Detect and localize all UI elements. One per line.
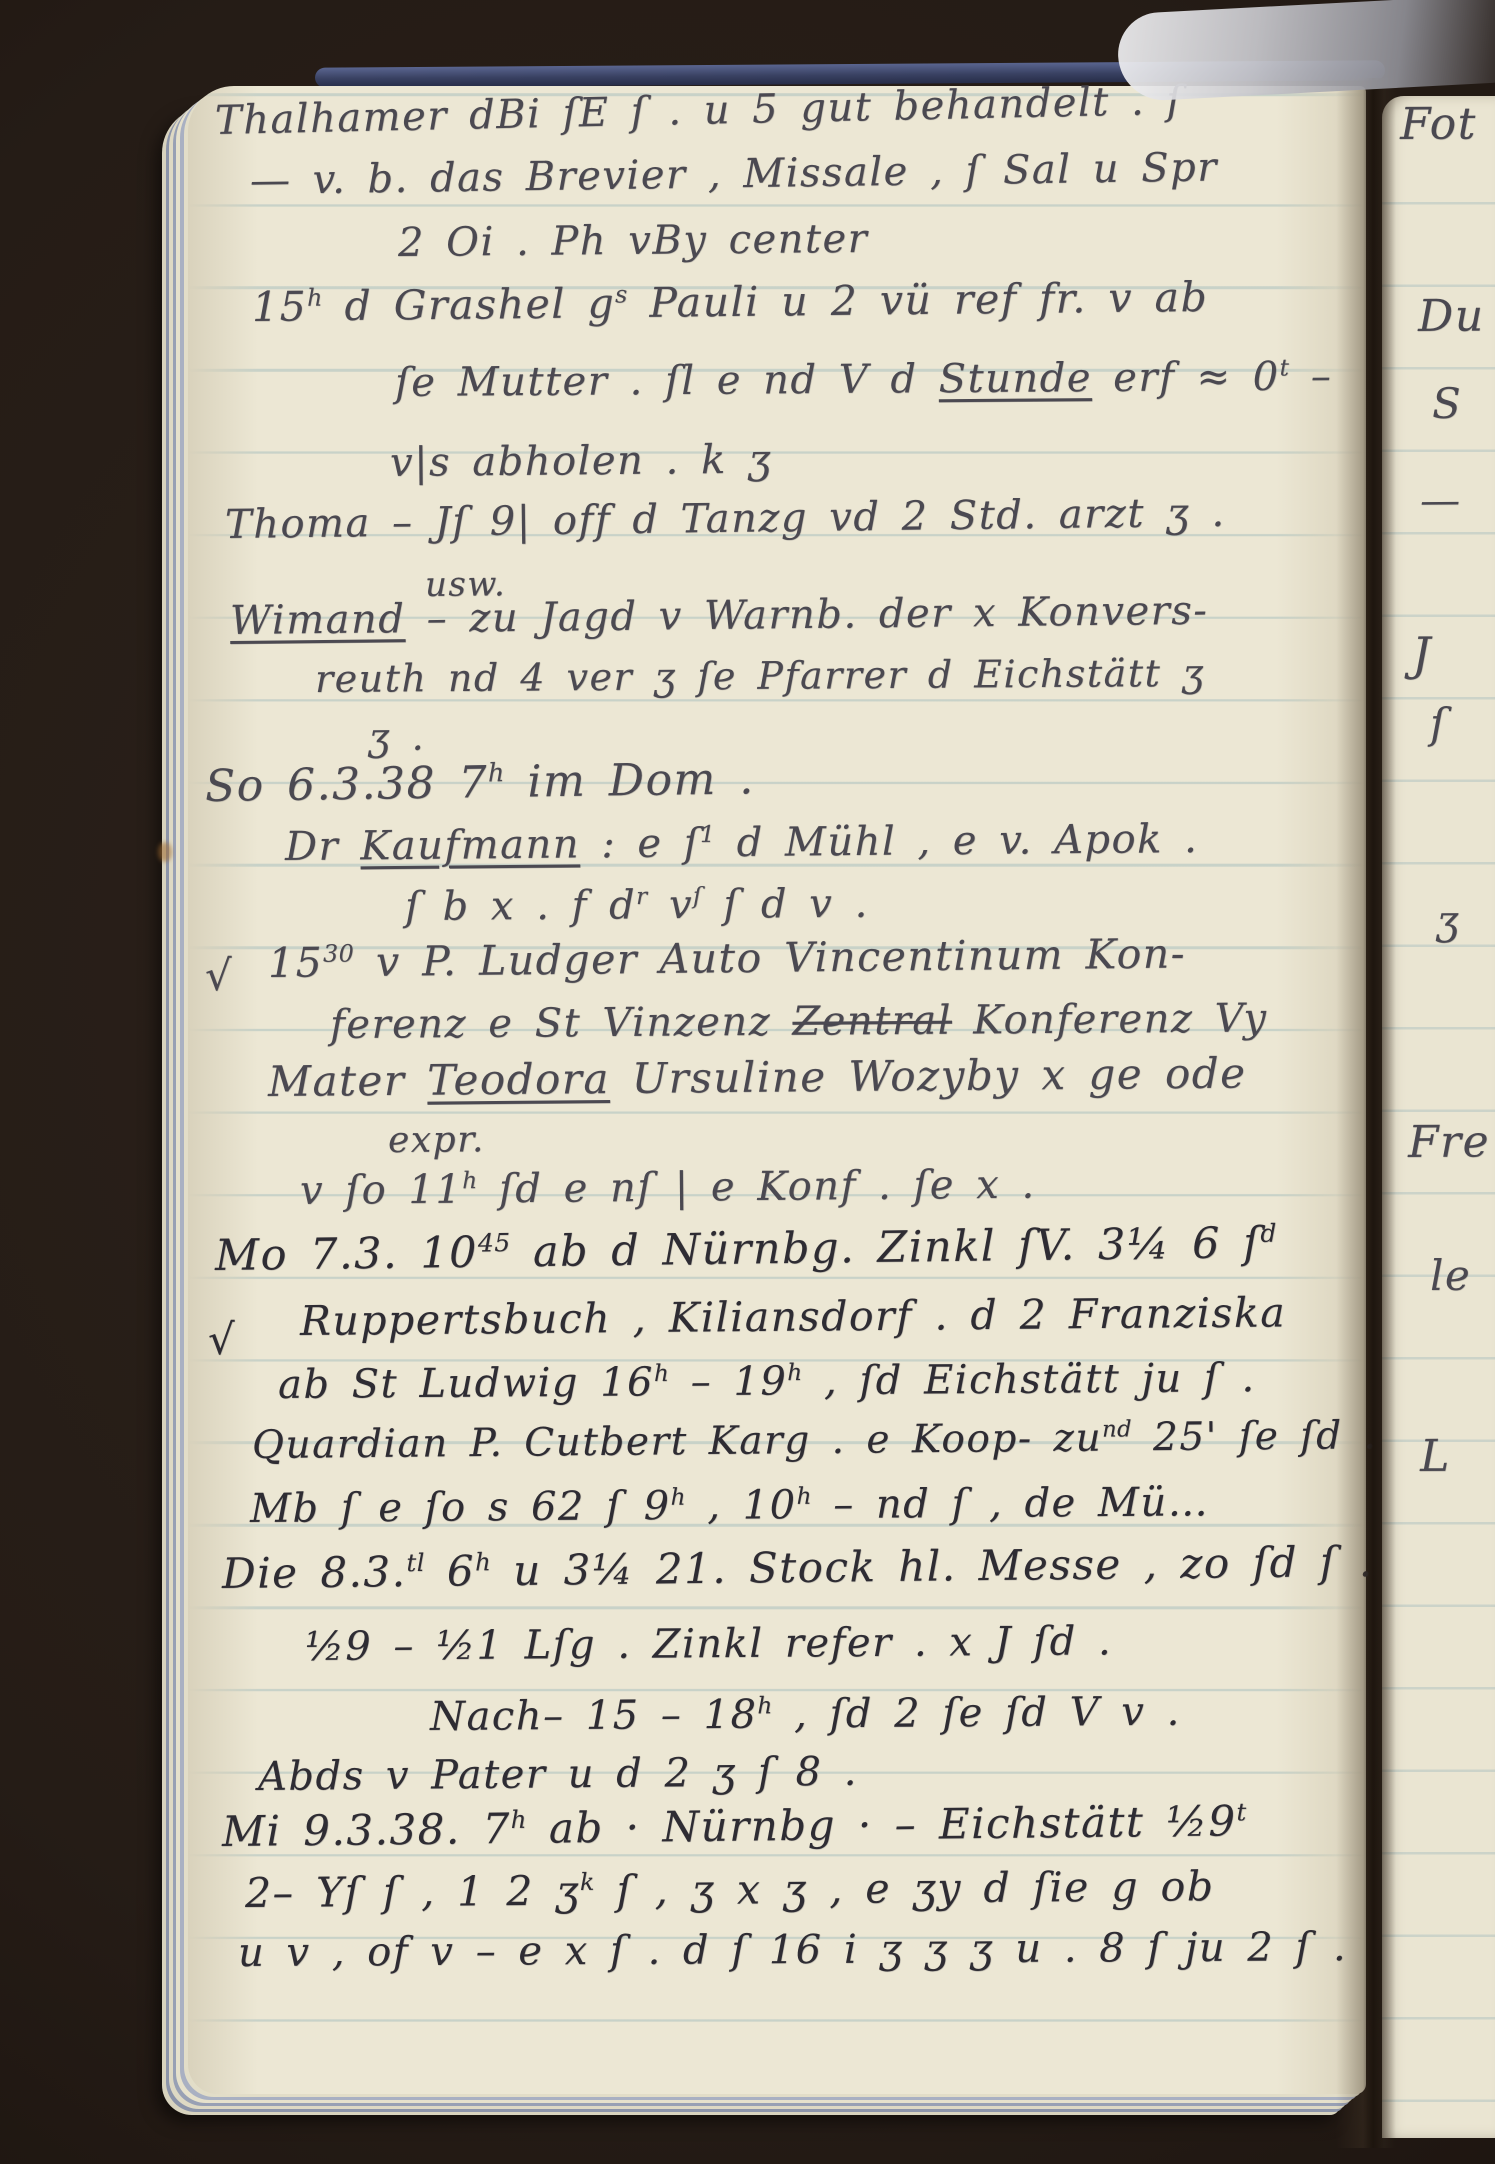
handwriting-line: √ xyxy=(205,952,234,1000)
handwriting-fragment: S xyxy=(1432,380,1463,429)
handwriting-line: Wimand – zu Jagd v Warnb. der x Konvers- xyxy=(230,588,1209,644)
handwriting-line: 2 Oi . Ph vBy center xyxy=(398,216,869,266)
handwriting-line: 2– Yſ ſ , 1 2 ʒk ſ , ʒ x ʒ , e ʒy d ſie … xyxy=(245,1863,1215,1917)
handwriting-line: Dr Kaufmann : e ſ1 d Mühl , e v. Apok . xyxy=(285,816,1199,870)
handwriting-line: u v , of v – e x ſ . d ſ 16 i ʒ ʒ ʒ u . … xyxy=(238,1924,1347,1976)
handwriting-line: Quardian P. Cutbert Karg . e Koop- zund … xyxy=(252,1414,1378,1469)
handwriting-line: Nach– 15 – 18h , ſd 2 ſe ſd V v . xyxy=(430,1689,1181,1740)
handwriting-line: Mb ſ e ſo s 62 ſ 9h , 10h – nd ſ , de Mü… xyxy=(250,1479,1210,1532)
handwriting-fragment: L xyxy=(1420,1432,1451,1483)
handwriting-line: Ruppertsbuch , Kiliansdorf . d 2 Franzis… xyxy=(300,1289,1287,1345)
handwriting-line: Thalhamer dBi ſE ſ . u 5 gut behandelt .… xyxy=(215,78,1184,144)
handwriting-fragment: — xyxy=(1420,478,1462,524)
handwriting-line: ½9 – ½1 Lſg . Zinkl refer . x J ſd . xyxy=(305,1618,1113,1670)
handwriting-line: ab St Ludwig 16h – 19h , ſd Eichstätt ju… xyxy=(278,1355,1256,1408)
handwriting-line: Thoma – Jſ 9| off d Tanzg vd 2 Std. arzt… xyxy=(225,490,1226,548)
handwriting-line: Mater Teodora Ursuline Wozyby x ge ode xyxy=(268,1049,1247,1106)
handwriting-line: reuth nd 4 ver ʒ ſe Pfarrer d Eichstätt … xyxy=(315,652,1205,702)
handwriting-line: v|s abholen . k ʒ xyxy=(390,437,772,486)
handwriting-fragment: le xyxy=(1430,1252,1472,1301)
handwriting-line: Abds v Pater u d 2 ʒ ſ 8 . xyxy=(258,1749,858,1800)
handwriting-fragment: Fre xyxy=(1408,1117,1490,1168)
handwriting-line: 15h d Grashel gs Pauli u 2 vü ref fr. v … xyxy=(252,274,1209,331)
handwriting-line: Mo 7.3. 1045 ab d Nürnbg. Zinkl ſV. 3¼ 6… xyxy=(215,1219,1278,1281)
handwriting-fragment: Fot xyxy=(1400,99,1477,150)
notebook-photo: Thalhamer dBi ſE ſ . u 5 gut behandelt .… xyxy=(0,0,1495,2164)
handwriting-line: 1530 v P. Ludger Auto Vincentinum Kon- xyxy=(268,930,1186,987)
handwriting-line: ſ b x . f dr vſ ſ d v . xyxy=(405,881,869,930)
handwriting-line: So 6.3.38 7h im Dom . xyxy=(205,754,755,812)
handwriting-line: — v. b. das Brevier , Missale , ſ Sal u … xyxy=(250,144,1218,204)
handwriting-layer: Thalhamer dBi ſE ſ . u 5 gut behandelt .… xyxy=(0,0,1495,2164)
handwriting-line: ʒ . xyxy=(368,716,425,760)
handwriting-line: v ſo 11h ſd e nſ | e Konf . ſe x . xyxy=(300,1162,1036,1214)
handwriting-line: ferenz e St Vinzenz Zentral Konferenz Vy xyxy=(330,995,1268,1048)
handwriting-line: Mi 9.3.38. 7h ab · Nürnbg · – Eichstätt … xyxy=(222,1797,1247,1856)
handwriting-line: √ xyxy=(208,1316,237,1364)
handwriting-fragment: ſ xyxy=(1430,700,1447,748)
book-gutter xyxy=(1336,78,1396,2148)
handwriting-line: ſe Mutter . ſl e nd V d Stunde erf ≈ 0t … xyxy=(395,353,1333,406)
handwriting-fragment: ʒ xyxy=(1436,898,1460,944)
handwriting-line: Die 8.3.tl 6h u 3¼ 21. Stock hl. Messe ,… xyxy=(222,1538,1374,1598)
handwriting-line: expr. xyxy=(388,1119,485,1161)
handwriting-fragment: Du xyxy=(1418,292,1485,343)
handwriting-fragment: J xyxy=(1412,628,1432,681)
